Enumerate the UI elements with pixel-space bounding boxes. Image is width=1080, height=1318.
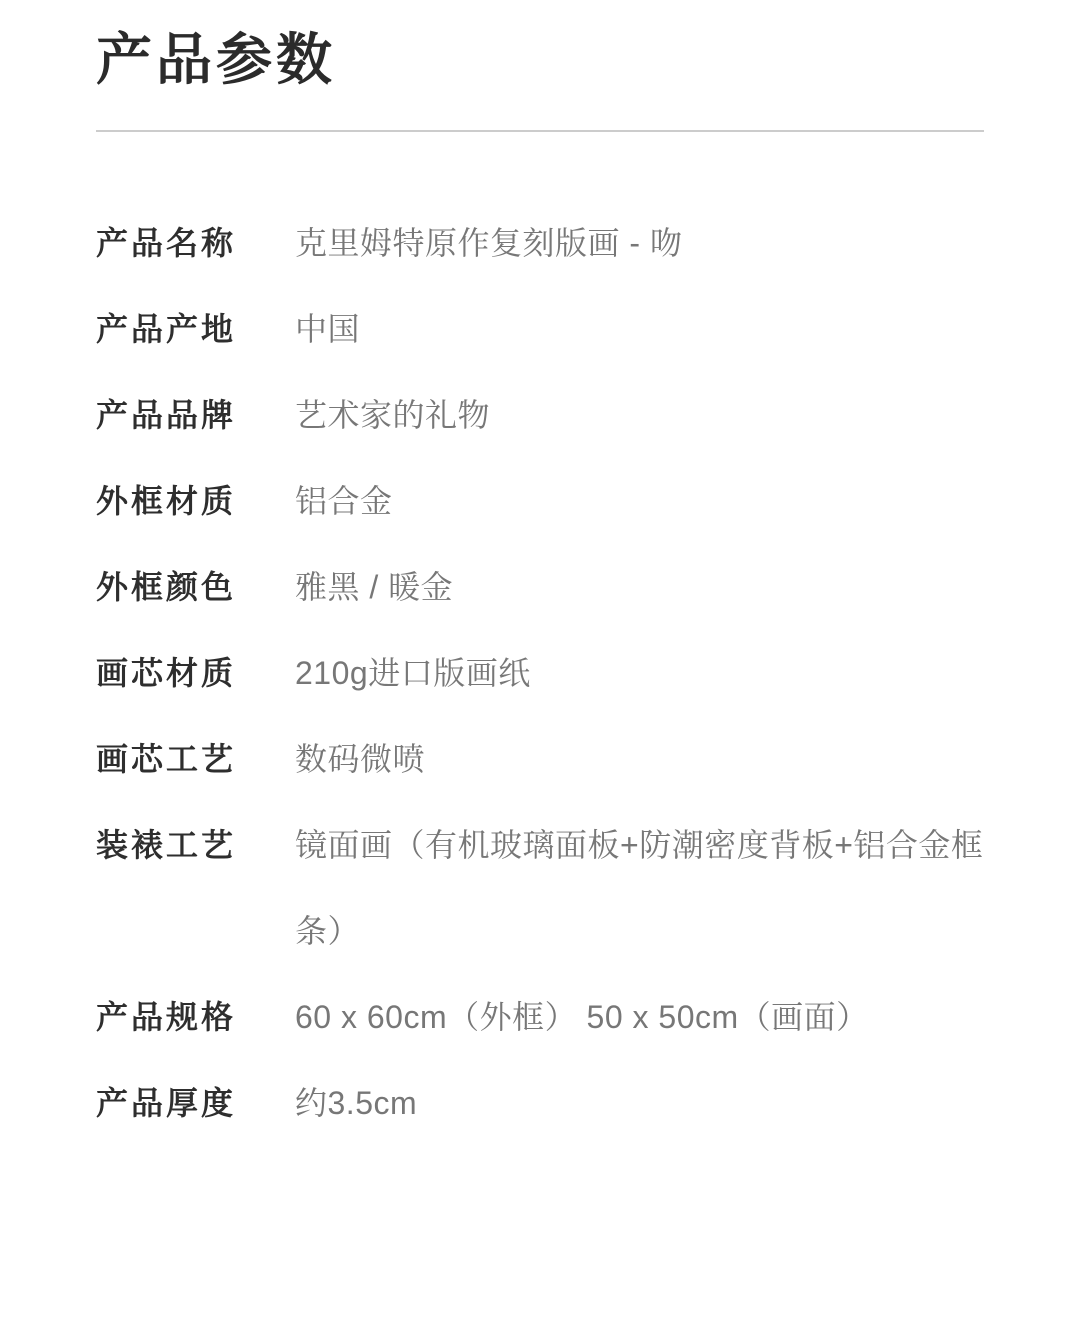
- spec-label: 装裱工艺: [96, 802, 246, 888]
- spec-value: 约3.5cm: [295, 1060, 417, 1146]
- spec-value: 中国: [295, 286, 360, 372]
- spec-label: 产品厚度: [96, 1060, 246, 1146]
- spec-value: 60 x 60cm（外框） 50 x 50cm（画面）: [295, 974, 869, 1060]
- spec-row: 产品产地 中国: [96, 286, 984, 372]
- section-title: 产品参数: [96, 28, 984, 92]
- spec-value: 数码微喷: [295, 716, 425, 802]
- product-params-section: 产品参数 产品名称 克里姆特原作复刻版画 - 吻 产品产地 中国 产品品牌 艺术…: [0, 0, 1080, 1146]
- spec-value: 镜面画（有机玻璃面板+防潮密度背板+铝合金框条）: [295, 802, 984, 974]
- spec-label: 外框颜色: [96, 544, 246, 630]
- spec-label: 画芯材质: [96, 630, 246, 716]
- spec-label: 产品名称: [96, 200, 246, 286]
- spec-row: 产品规格 60 x 60cm（外框） 50 x 50cm（画面）: [96, 974, 984, 1060]
- spec-row: 产品名称 克里姆特原作复刻版画 - 吻: [96, 200, 984, 286]
- spec-row: 装裱工艺 镜面画（有机玻璃面板+防潮密度背板+铝合金框条）: [96, 802, 984, 974]
- spec-value: 210g进口版画纸: [295, 630, 531, 716]
- spec-label: 画芯工艺: [96, 716, 246, 802]
- spec-list: 产品名称 克里姆特原作复刻版画 - 吻 产品产地 中国 产品品牌 艺术家的礼物 …: [96, 200, 984, 1146]
- spec-row: 产品品牌 艺术家的礼物: [96, 372, 984, 458]
- spec-row: 画芯材质 210g进口版画纸: [96, 630, 984, 716]
- spec-label: 产品规格: [96, 974, 246, 1060]
- section-divider: [96, 130, 984, 132]
- spec-label: 产品产地: [96, 286, 246, 372]
- spec-value: 克里姆特原作复刻版画 - 吻: [295, 200, 682, 286]
- spec-value: 艺术家的礼物: [295, 372, 490, 458]
- spec-value: 铝合金: [295, 458, 393, 544]
- spec-row: 产品厚度 约3.5cm: [96, 1060, 984, 1146]
- spec-label: 产品品牌: [96, 372, 246, 458]
- spec-row: 画芯工艺 数码微喷: [96, 716, 984, 802]
- spec-label: 外框材质: [96, 458, 246, 544]
- spec-row: 外框颜色 雅黑 / 暖金: [96, 544, 984, 630]
- spec-value: 雅黑 / 暖金: [295, 544, 453, 630]
- spec-row: 外框材质 铝合金: [96, 458, 984, 544]
